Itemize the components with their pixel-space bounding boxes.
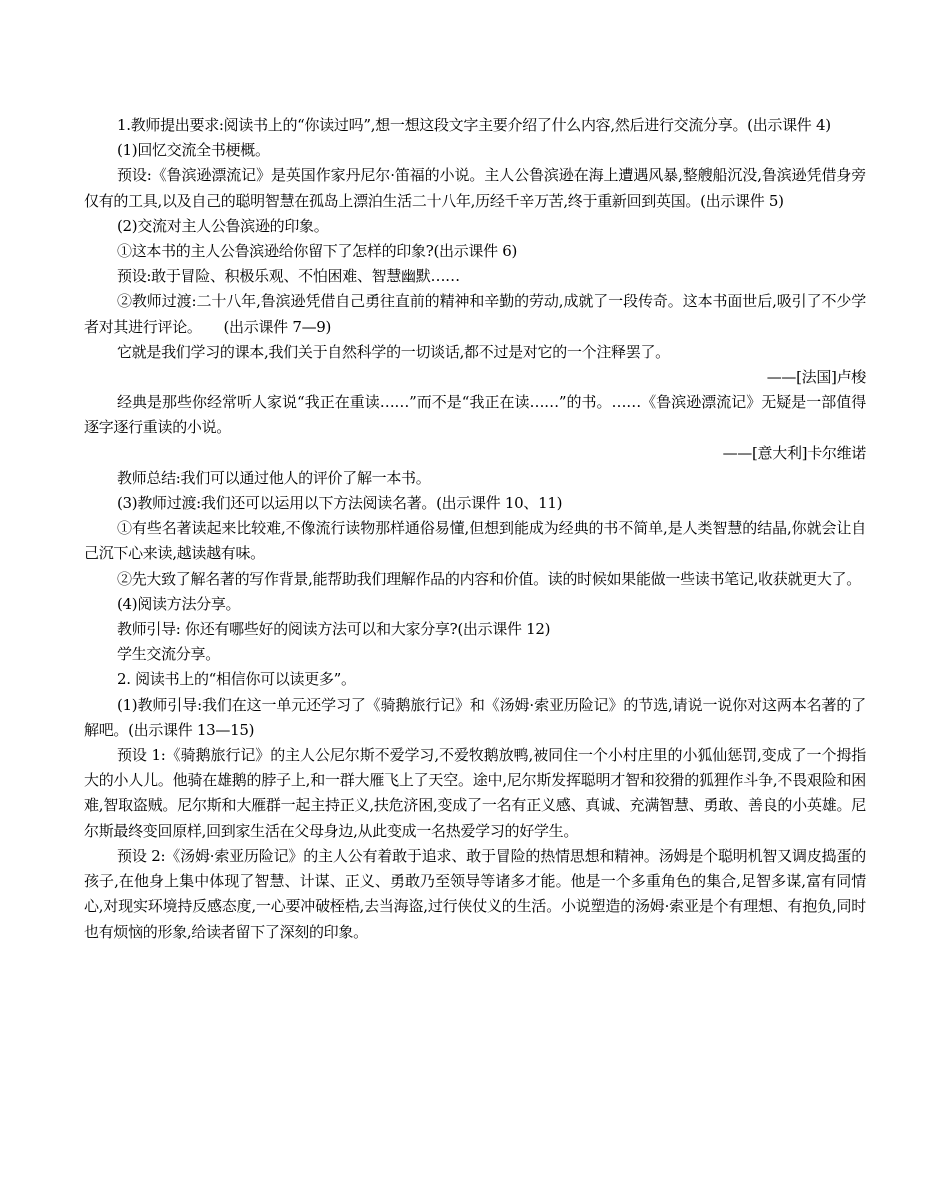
paragraph-impression-preset: 预设:敢于冒险、积极乐观、不怕困难、智慧幽默…… (84, 264, 866, 289)
paragraph-student-sharing: 学生交流分享。 (84, 642, 866, 667)
paragraph-recall-synopsis: (1)回忆交流全书梗概。 (84, 138, 866, 163)
quote-calvino: 经典是那些你经常听人家说“我正在重读……”而不是“我正在读……”的书。……《鲁滨… (84, 390, 866, 440)
quote-attribution-rousseau: ——[法国]卢梭 (84, 365, 866, 390)
paragraph-impression-question: ①这本书的主人公鲁滨逊给你留下了怎样的印象?(出示课件 6) (84, 239, 866, 264)
paragraph-teacher-summary: 教师总结:我们可以通过他人的评价了解一本书。 (84, 466, 866, 491)
paragraph-unit-books-guide: (1)教师引导:我们在这一单元还学习了《骑鹅旅行记》和《汤姆·索亚历险记》的节选… (84, 693, 866, 743)
quote-attribution-calvino: ——[意大利]卡尔维诺 (84, 441, 866, 466)
quote-rousseau: 它就是我们学习的课本,我们关于自然科学的一切谈话,都不过是对它的一个注释罢了。 (84, 340, 866, 365)
paragraph-read-more-heading: 2. 阅读书上的“相信你可以读更多”。 (84, 667, 866, 692)
paragraph-method-1: ①有些名著读起来比较难,不像流行读物那样通俗易懂,但想到能成为经典的书不简单,是… (84, 516, 866, 566)
paragraph-preset-tom-sawyer: 预设 2:《汤姆·索亚历险记》的主人公有着敢于追求、敢于冒险的热情思想和精神。汤… (84, 844, 866, 945)
paragraph-method-2: ②先大致了解名著的写作背景,能帮助我们理解作品的内容和价值。读的时候如果能做一些… (84, 567, 866, 592)
paragraph-preset-robinson: 预设:《鲁滨逊漂流记》是英国作家丹尼尔·笛福的小说。主人公鲁滨逊在海上遭遇风暴,… (84, 163, 866, 213)
paragraph-teacher-transition: ②教师过渡:二十八年,鲁滨逊凭借自己勇往直前的精神和辛勤的劳动,成就了一段传奇。… (84, 289, 866, 339)
paragraph-reading-methods-intro: (3)教师过渡:我们还可以运用以下方法阅读名著。(出示课件 10、11) (84, 491, 866, 516)
paragraph-preset-nils: 预设 1:《骑鹅旅行记》的主人公尼尔斯不爱学习,不爱牧鹅放鸭,被同住一个小村庄里… (84, 743, 866, 844)
paragraph-teacher-guide: 教师引导: 你还有哪些好的阅读方法可以和大家分享?(出示课件 12) (84, 617, 866, 642)
paragraph-method-sharing: (4)阅读方法分享。 (84, 592, 866, 617)
paragraph-teacher-requirement: 1.教师提出要求:阅读书上的“你读过吗”,想一想这段文字主要介绍了什么内容,然后… (84, 113, 866, 138)
document-page: 1.教师提出要求:阅读书上的“你读过吗”,想一想这段文字主要介绍了什么内容,然后… (84, 113, 866, 945)
paragraph-impression-heading: (2)交流对主人公鲁滨逊的印象。 (84, 214, 866, 239)
